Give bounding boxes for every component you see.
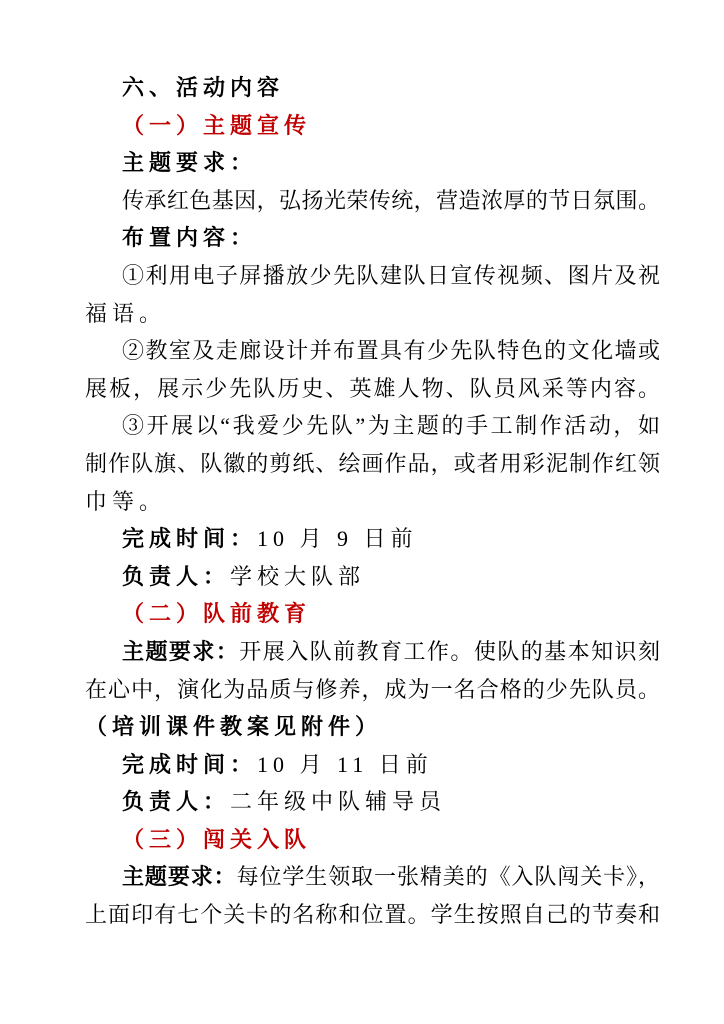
text-run: （培训课件教案见附件）	[85, 714, 382, 739]
heading-part-one: （一）主题宣传	[85, 107, 660, 145]
text-run: 负责人：	[122, 789, 230, 814]
owner-1: 负责人：学校大队部	[85, 558, 660, 596]
item-2-line-2: 展板，展示少先队历史、英雄人物、队员风采等内容。	[85, 370, 660, 408]
text-run: 学校大队部	[230, 564, 365, 589]
heading-part-two: （二）队前教育	[85, 595, 660, 633]
text-run: （三）闯关入队	[122, 827, 311, 852]
item-1-line-2: 福语。	[85, 295, 660, 333]
text-run: 完成时间：	[122, 752, 257, 777]
item-3-line-1: ③开展以“我爱少先队”为主题的手工制作活动，如	[85, 407, 660, 445]
text-run: 开展入队前教育工作。使队的基本知识刻	[239, 639, 660, 664]
theme-requirement-2-line-3: （培训课件教案见附件）	[85, 708, 660, 746]
item-3-line-3: 巾等。	[85, 483, 660, 521]
theme-requirement-2-line-2: 在心中，演化为品质与修养，成为一名合格的少先队员。	[85, 671, 660, 709]
theme-requirement-3-line-2: 上面印有七个关卡的名称和位置。学生按照自己的节奏和	[85, 896, 660, 934]
document-page: 六、活动内容（一）主题宣传主题要求：传承红色基因，弘扬光荣传统，营造浓厚的节日氛…	[0, 0, 724, 1024]
text-run: 负责人：	[122, 564, 230, 589]
text-run: 在心中，演化为品质与修养，成为一名合格的少先队员。	[85, 677, 660, 702]
text-run: 展板，展示少先队历史、英雄人物、队员风采等内容。	[85, 376, 660, 401]
deadline-2: 完成时间：10 月 11 日前	[85, 746, 660, 784]
text-run: 六、活动内容	[122, 75, 284, 100]
label-theme-requirement-1: 主题要求：	[85, 144, 660, 182]
document-body: 六、活动内容（一）主题宣传主题要求：传承红色基因，弘扬光荣传统，营造浓厚的节日氛…	[85, 69, 660, 934]
text-run: 主题要求：	[122, 150, 257, 175]
text-run: 完成时间：	[122, 526, 257, 551]
label-arrangement-content: 布置内容：	[85, 219, 660, 257]
text-run: 二年级中队辅导员	[230, 789, 446, 814]
text-run: 布置内容：	[122, 225, 257, 250]
text-run: ②教室及走廊设计并布置具有少先队特色的文化墙或	[122, 338, 660, 363]
text-run: 福语。	[85, 301, 166, 326]
text-run: （一）主题宣传	[122, 113, 311, 138]
text-run: 传承红色基因，弘扬光荣传统，营造浓厚的节日氛围。	[122, 188, 660, 213]
text-run: 主题要求：	[122, 864, 237, 889]
deadline-1: 完成时间：10 月 9 日前	[85, 520, 660, 558]
text-run: 上面印有七个关卡的名称和位置。学生按照自己的节奏和	[85, 902, 660, 927]
text-run: 10 月 9 日前	[257, 526, 418, 551]
item-1-line-1: ①利用电子屏播放少先队建队日宣传视频、图片及祝	[85, 257, 660, 295]
heading-part-three: （三）闯关入队	[85, 821, 660, 859]
theme-requirement-2-line-1: 主题要求：开展入队前教育工作。使队的基本知识刻	[85, 633, 660, 671]
text-run: 巾等。	[85, 489, 166, 514]
text-run: ③开展以“我爱少先队”为主题的手工制作活动，如	[122, 413, 660, 438]
text-run: 主题要求：	[122, 639, 239, 664]
theme-requirement-1-text: 传承红色基因，弘扬光荣传统，营造浓厚的节日氛围。	[85, 182, 660, 220]
text-run: 制作队旗、队徽的剪纸、绘画作品，或者用彩泥制作红领	[85, 451, 660, 476]
theme-requirement-3-line-1: 主题要求：每位学生领取一张精美的《入队闯关卡》，	[85, 858, 660, 896]
text-run: （二）队前教育	[122, 601, 311, 626]
item-2-line-1: ②教室及走廊设计并布置具有少先队特色的文化墙或	[85, 332, 660, 370]
heading-section-six: 六、活动内容	[85, 69, 660, 107]
owner-2: 负责人：二年级中队辅导员	[85, 783, 660, 821]
text-run: ①利用电子屏播放少先队建队日宣传视频、图片及祝	[122, 263, 660, 288]
text-run: 每位学生领取一张精美的《入队闯关卡》，	[237, 864, 660, 889]
text-run: 10 月 11 日前	[257, 752, 433, 777]
item-3-line-2: 制作队旗、队徽的剪纸、绘画作品，或者用彩泥制作红领	[85, 445, 660, 483]
